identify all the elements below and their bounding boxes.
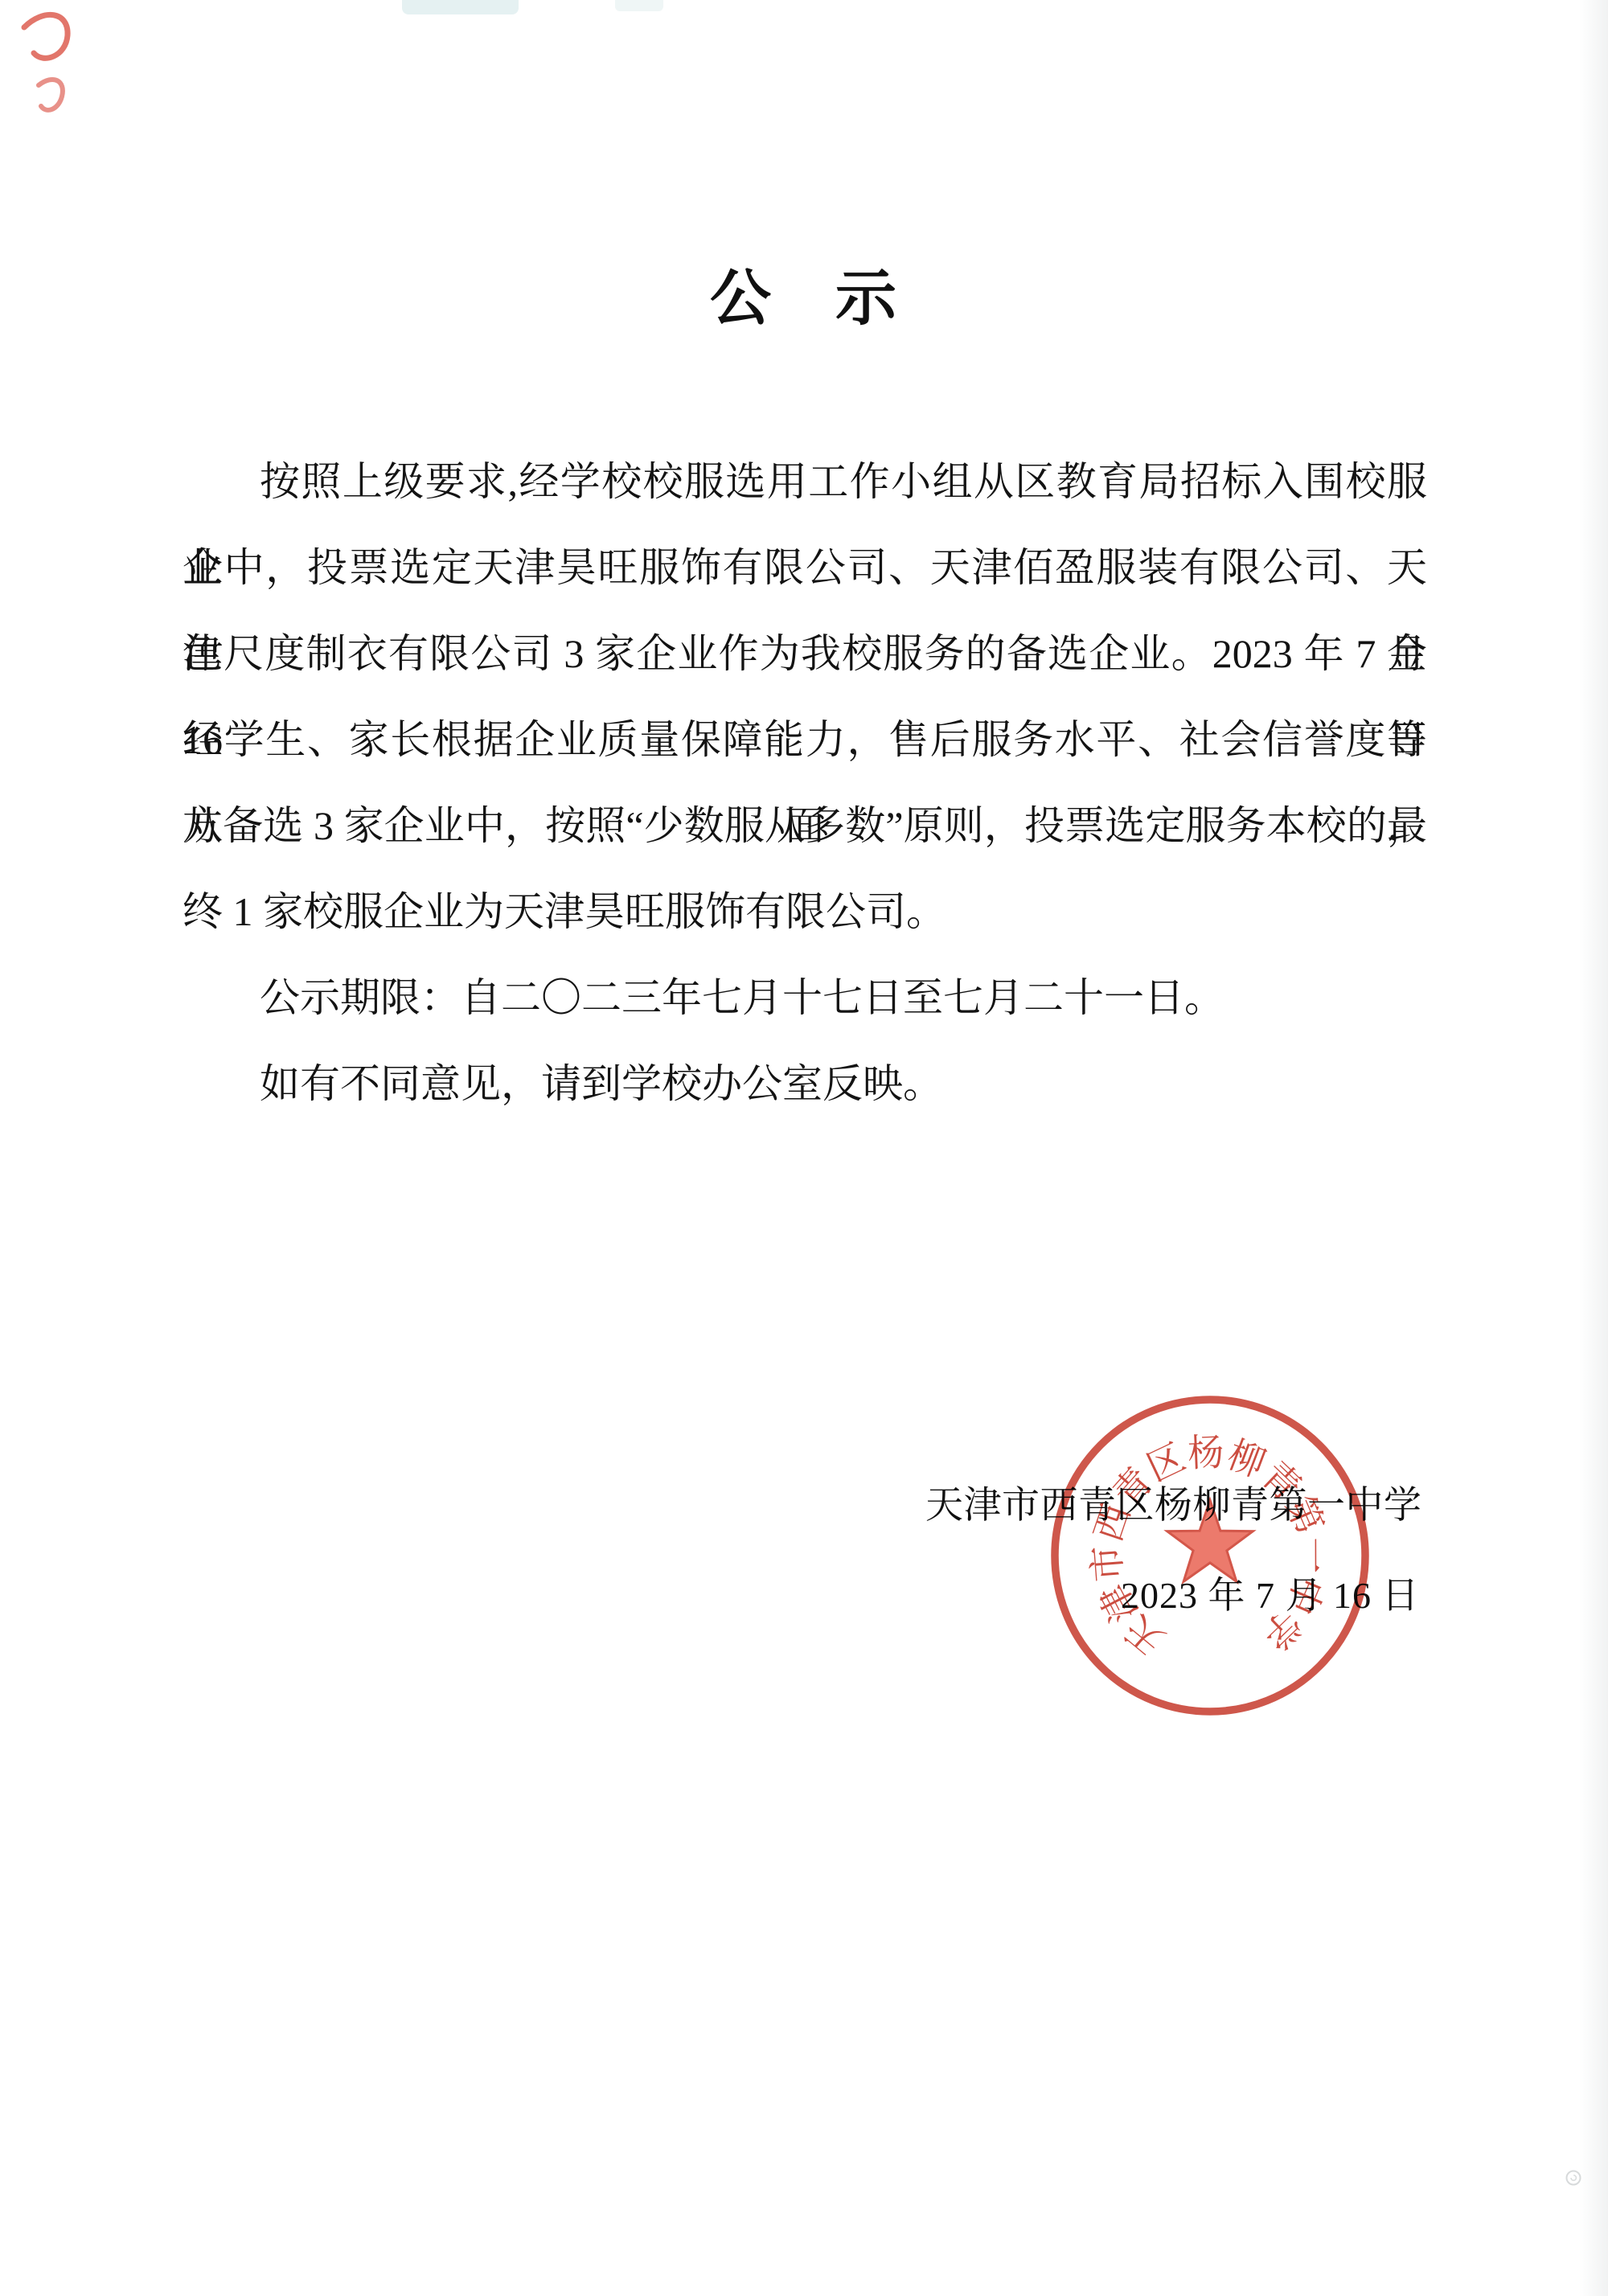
- body-line: 业中，投票选定天津昊旺服饰有限公司、天津佰盈服装有限公司、天津金: [183, 525, 1427, 611]
- body-line: 从备选 3 家企业中，按照“少数服从多数”原则，投票选定服务本校的最: [183, 783, 1427, 869]
- scan-smudge: [1563, 2167, 1584, 2188]
- notice-document-page: 公 示 按照上级要求,经学校校服选用工作小组从区教育局招标入围校服企 业中，投票…: [0, 0, 1608, 2296]
- body-line: 如有不同意见，请到学校办公室反映。: [183, 1041, 1427, 1127]
- body-line: 按照上级要求,经学校校服选用工作小组从区教育局招标入围校服企: [183, 439, 1427, 525]
- body-line: 公示期限：自二〇二三年七月十七日至七月二十一日。: [183, 955, 1427, 1041]
- scan-artifact: [402, 0, 519, 14]
- body-line: 经学生、家长根据企业质量保障能力，售后服务水平、社会信誉度等方面，: [183, 697, 1427, 783]
- body-line: 终 1 家校服企业为天津昊旺服饰有限公司。: [183, 869, 1427, 955]
- scan-edge-shadow: [1579, 0, 1608, 2296]
- scan-artifact: [615, 0, 663, 11]
- school-seal-stamp: 天津市西青区杨柳青第一中学: [1041, 1387, 1379, 1724]
- notice-title: 公 示: [0, 259, 1608, 339]
- body-line: 色尺度制衣有限公司 3 家企业作为我校服务的备选企业。2023 年 7 月 16…: [183, 611, 1427, 697]
- seal-star-icon: [1167, 1500, 1253, 1581]
- notice-body: 按照上级要求,经学校校服选用工作小组从区教育局招标入围校服企 业中，投票选定天津…: [183, 439, 1427, 1127]
- red-ink-corner-marks: [11, 5, 108, 141]
